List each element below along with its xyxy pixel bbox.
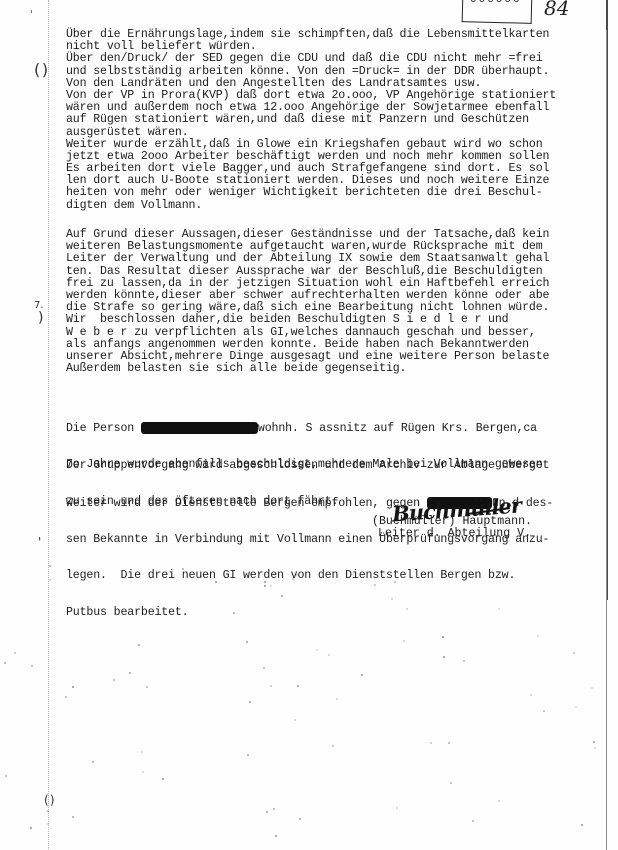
text-line: Außerdem belasten sie sich alle beide ge… (66, 363, 611, 375)
scan-speck (72, 686, 74, 688)
redaction-bar (141, 422, 258, 434)
scan-speck (463, 660, 465, 662)
scan-speck (394, 581, 396, 583)
scan-speck (448, 742, 450, 744)
scan-speck (142, 771, 144, 773)
scan-speck (406, 608, 408, 610)
paragraph-reports: Über die Ernährungslage,indem sie schimp… (66, 29, 611, 212)
scan-speck (281, 595, 283, 597)
scan-speck (249, 701, 251, 703)
scan-speck (129, 672, 131, 674)
scan-speck (49, 579, 51, 581)
text-line: heiten von mehr oder weniger Wichtigkeit… (66, 187, 611, 199)
scan-speck (581, 824, 583, 826)
text-line: ausgerüstet wären. (66, 127, 611, 139)
text-line: Über den/Druck/ der SED gegen die CDU un… (66, 53, 611, 65)
scan-speck (146, 686, 148, 688)
scan-speck (141, 751, 143, 753)
scan-speck (162, 778, 164, 780)
scan-speck (498, 800, 500, 802)
text-line: Die Person wohnh. S assnitz auf Rügen Kr… (66, 422, 611, 434)
scan-speck (247, 754, 249, 756)
scan-speck (296, 574, 298, 576)
scan-speck (264, 581, 266, 583)
scan-speck (316, 649, 318, 651)
text-line: Weiter wird der Dienststelle Bergen empf… (66, 497, 611, 509)
scan-speck (275, 835, 277, 837)
text-line: auf Rügen stationiert wären,und daß dies… (66, 114, 611, 126)
text-line: Putbus bearbeitet. (66, 607, 611, 619)
scan-speck (442, 636, 444, 638)
scan-speck (530, 694, 532, 696)
scan-speck (472, 820, 474, 822)
scan-speck (72, 816, 74, 818)
margin-mark-icon: ' (30, 8, 33, 21)
text-line: und selbstständig arbeiten könne. Von de… (66, 66, 611, 78)
scan-speck (294, 719, 296, 721)
scan-speck (182, 568, 184, 570)
text-line: W e b e r zu verpflichten als GI,welches… (66, 327, 611, 339)
scan-speck (31, 665, 33, 667)
scan-speck (113, 679, 115, 681)
handwritten-page-number: 84 (544, 0, 569, 20)
scan-speck (292, 578, 294, 580)
text-line: digten dem Vollmann. (66, 200, 611, 212)
signature-block: (Buchmüller) Hauptmann.Leiter d. Abteilu… (372, 515, 532, 539)
punch-margin-line (48, 0, 49, 850)
bracket-mark-icon: ) (38, 310, 43, 326)
scan-speck (47, 823, 49, 825)
scan-speck (297, 685, 299, 687)
scan-speck (299, 818, 301, 820)
scan-speck (575, 706, 577, 708)
document-page: 000000 84 ' ( ) 7. ) ' ( ) Über die Ernä… (0, 0, 618, 850)
scan-speck (430, 742, 432, 744)
text-line: Wir beschlossen daher,die beiden Beschul… (66, 314, 611, 326)
scan-speck (14, 652, 16, 654)
text-line: legen. Die drei neuen GI werden von den … (66, 570, 611, 582)
scan-speck (594, 747, 596, 749)
scan-speck (332, 745, 334, 747)
signatory-name: (Buchmüller) Hauptmann. (372, 515, 532, 527)
scan-speck (543, 710, 545, 712)
scan-speck (391, 598, 393, 600)
scan-speck (5, 775, 7, 777)
scan-speck (264, 585, 266, 587)
scan-speck (81, 606, 83, 608)
scan-speck (593, 741, 595, 743)
scan-speck (450, 782, 452, 784)
scan-speck (47, 810, 49, 812)
scan-speck (573, 652, 575, 654)
scan-speck (537, 635, 539, 637)
text-line: ten. Das Resultat dieser Aussprache war … (66, 266, 611, 278)
scan-speck (270, 685, 272, 687)
scan-speck (92, 761, 94, 763)
text-line: Leiter der Verwaltung und der Abteilung … (66, 253, 611, 265)
scan-speck (266, 811, 268, 813)
scan-speck (374, 584, 376, 586)
bracket-mark-icon: ( ) (44, 793, 55, 807)
scan-speck (263, 667, 265, 669)
scan-speck (138, 644, 140, 646)
scan-speck (233, 612, 235, 614)
scan-speck (443, 656, 445, 658)
scan-speck (396, 807, 398, 809)
signatory-title: Leiter d. Abteilung V. (372, 527, 532, 539)
scan-speck (270, 585, 272, 587)
text-line: Der Gruppenvorgang wird abgeschlossen un… (66, 460, 611, 472)
scan-speck (215, 581, 217, 583)
scan-speck (591, 687, 593, 689)
scan-speck (4, 662, 6, 664)
scan-speck (403, 640, 405, 642)
margin-tick-icon: ' (38, 535, 41, 549)
paragraph-decision: Auf Grund dieser Aussagen,dieser Geständ… (66, 229, 611, 375)
scan-speck (328, 654, 330, 656)
scan-speck (273, 808, 275, 810)
scan-speck (336, 698, 338, 700)
scan-speck (498, 608, 500, 610)
archive-stamp-number: 000000 (470, 0, 522, 6)
scan-speck (30, 827, 32, 829)
scan-speck (246, 641, 248, 643)
bracket-mark-icon: ( ) (34, 60, 48, 79)
scan-speck (49, 565, 51, 567)
scan-speck (361, 674, 363, 676)
scan-speck (65, 696, 67, 698)
